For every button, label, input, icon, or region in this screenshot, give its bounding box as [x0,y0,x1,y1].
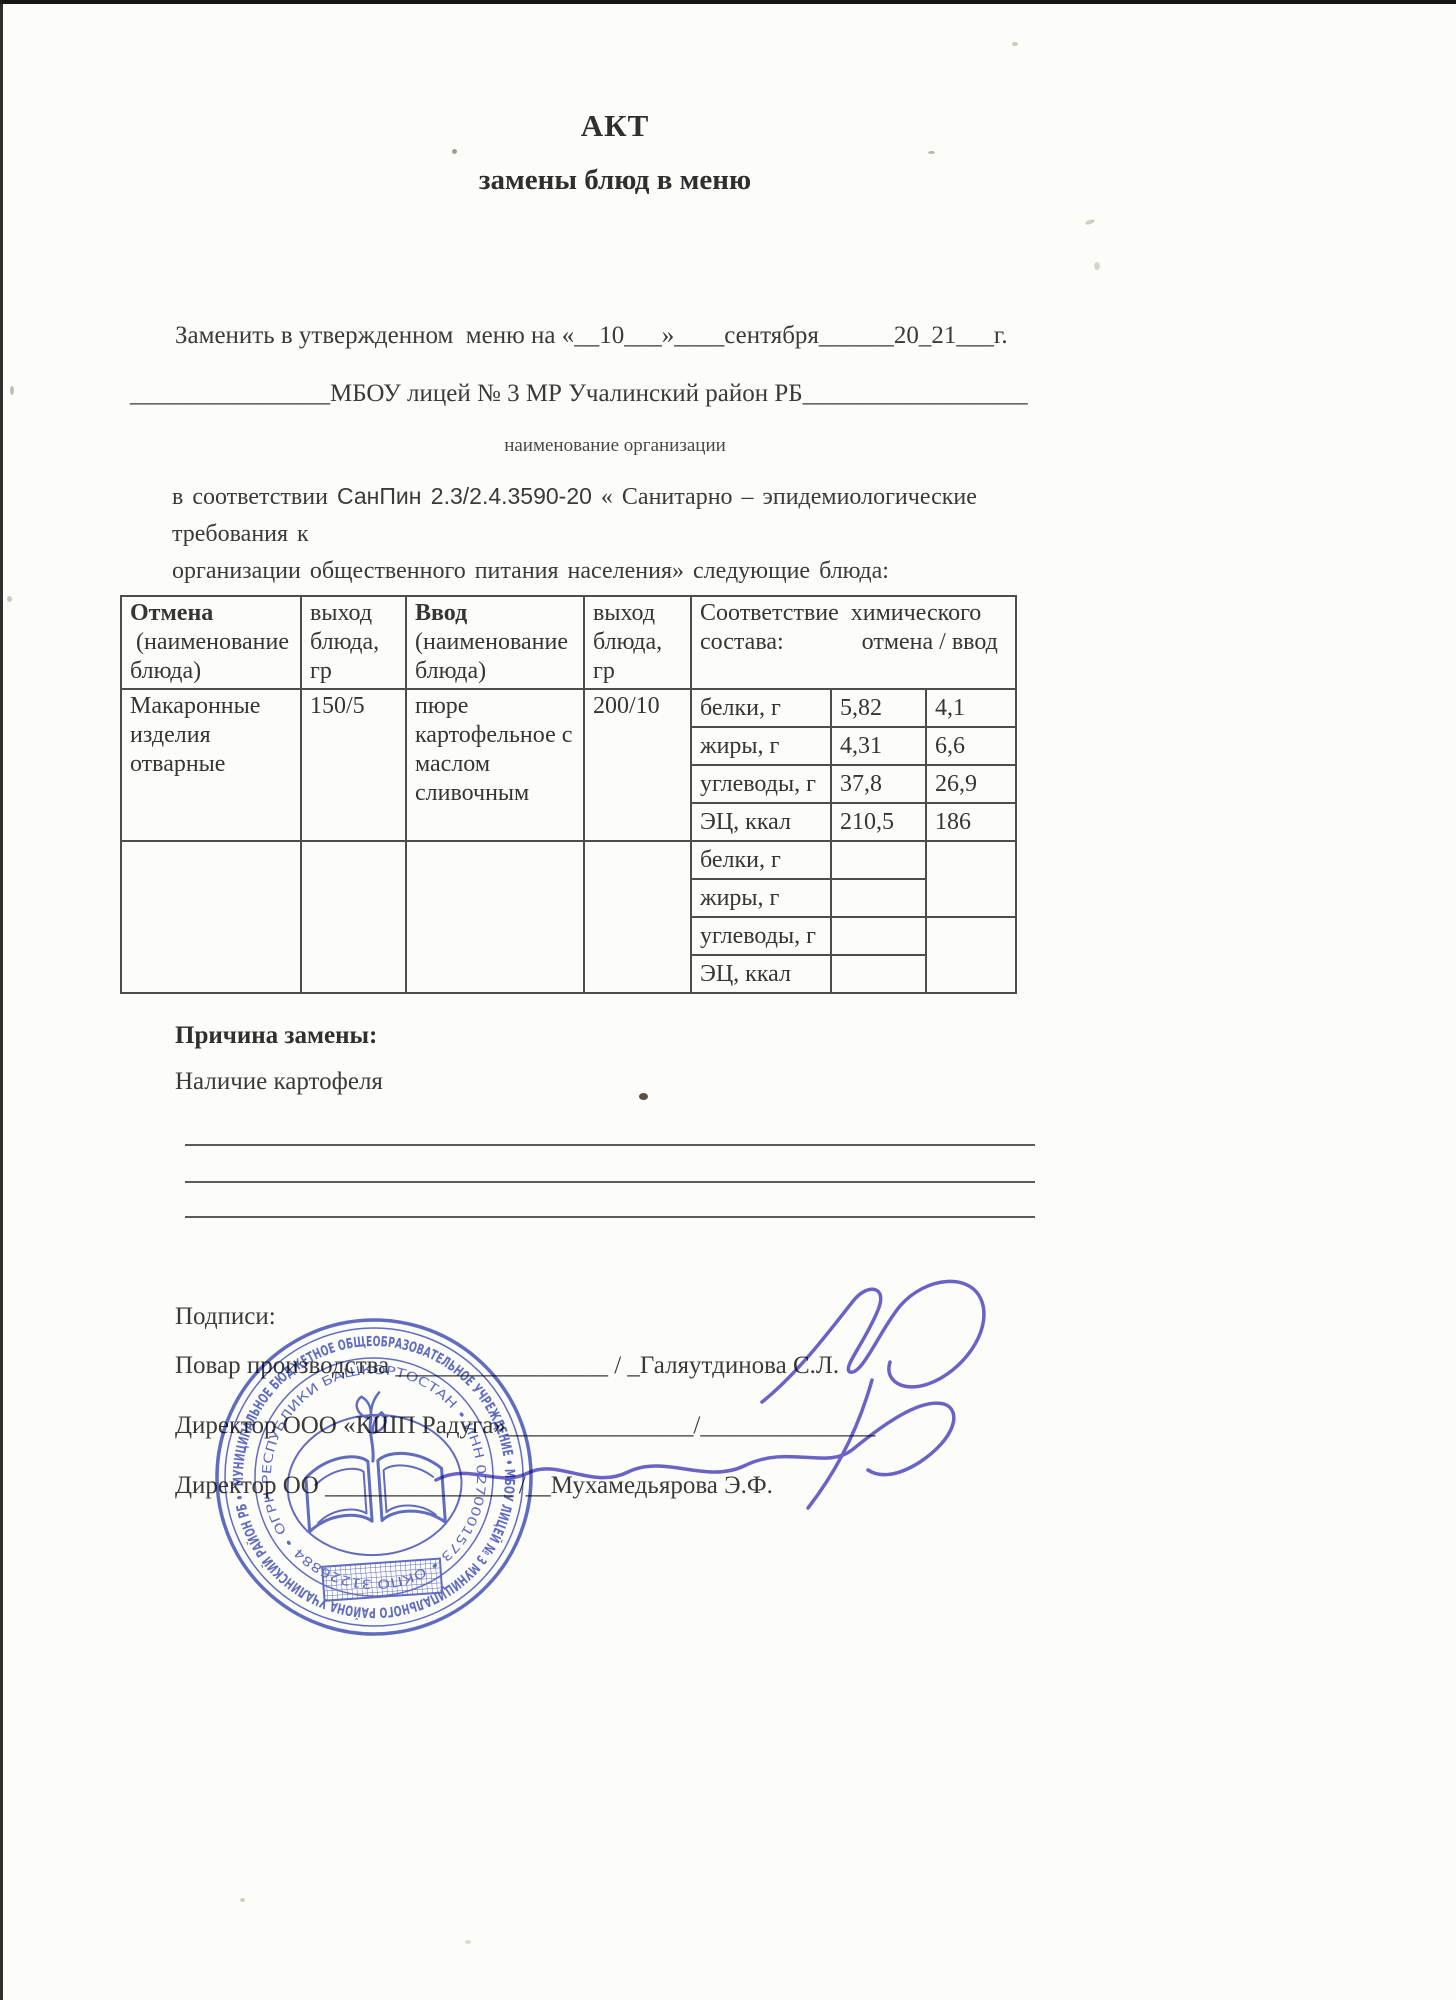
director-signature-stroke [436,1403,954,1480]
scan-speck [10,386,14,395]
scanned-document-page: АКТ замены блюд в меню Заменить в утверж… [0,0,1456,2000]
handwritten-signatures [0,0,1456,2000]
cook-signature-tail [808,1380,872,1508]
scan-speck [452,149,457,154]
scan-speck [465,1940,471,1944]
scan-speck [928,151,935,154]
scan-speck [1094,262,1100,270]
ink-dot [639,1093,648,1100]
scan-speck [1012,42,1018,46]
scan-speck [7,596,12,602]
scan-speck [240,1898,245,1902]
cook-signature-stroke [762,1281,984,1402]
